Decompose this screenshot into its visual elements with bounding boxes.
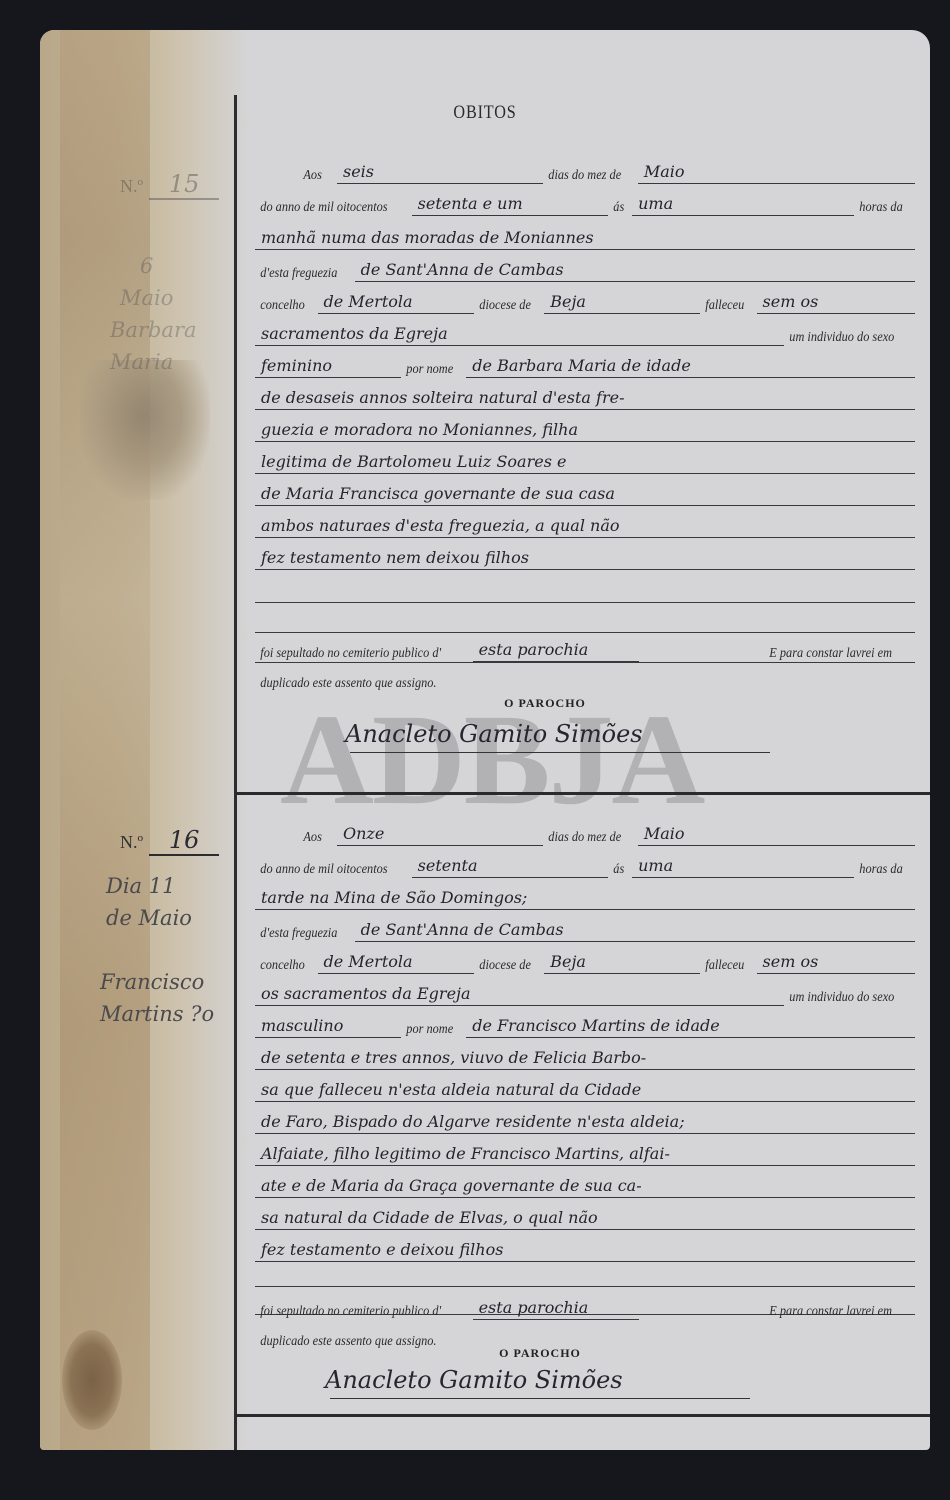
- sex-value: feminino: [255, 355, 401, 378]
- margin-note-15: 6 Maio Barbara Maria: [100, 250, 197, 378]
- line-sacraments: sacramentos da Egreja um individuo do se…: [255, 322, 915, 346]
- label: E para constar lavrei em: [764, 1304, 897, 1320]
- blank-line: [255, 602, 915, 603]
- label: falleceu: [700, 298, 750, 314]
- line-sex-name: feminino por nome de Barbara Maria de id…: [255, 354, 915, 378]
- number-label: N.º: [120, 176, 143, 196]
- body-line: ate e de Maria da Graça governante de su…: [255, 1174, 915, 1198]
- mold-spot: [80, 360, 210, 500]
- page-title: OBITOS: [107, 102, 864, 124]
- line-year: do anno de mil oitocentos setenta ás uma…: [255, 854, 915, 878]
- name-value: de Barbara Maria de idade: [466, 355, 915, 378]
- line-sex-name: masculino por nome de Francisco Martins …: [255, 1014, 915, 1038]
- label: horas da: [854, 200, 908, 216]
- body-text: ambos naturaes d'esta freguezia, a qual …: [255, 515, 915, 538]
- margin-note-line: Maria: [100, 346, 197, 378]
- time-place-value: manhã numa das moradas de Moniannes: [255, 227, 915, 250]
- margin-note-line: Barbara: [100, 314, 197, 346]
- label: do anno de mil oitocentos: [255, 200, 393, 216]
- body-text: legitima de Bartolomeu Luiz Soares e: [255, 451, 915, 474]
- body-text: sa natural da Cidade de Elvas, o qual nã…: [255, 1207, 915, 1230]
- edge-stain: [60, 30, 150, 1450]
- body-text: de setenta e tres annos, viuvo de Felici…: [255, 1047, 915, 1070]
- margin-note-line: Maio: [100, 282, 197, 314]
- label: concelho: [255, 298, 310, 314]
- label: foi sepultado no cemiterio publico d': [255, 1304, 446, 1320]
- body-line: de Maria Francisca governante de sua cas…: [255, 482, 915, 506]
- council-value: de Mertola: [318, 951, 474, 974]
- line-day: Aos seis dias do mez de Maio: [255, 160, 915, 184]
- cemetery-value: esta parochia: [473, 639, 639, 662]
- burn-hole: [62, 1330, 122, 1430]
- margin-note-line: Martins ?o: [100, 998, 214, 1030]
- margin-note-line: de Maio: [100, 902, 214, 934]
- parocho-label: O PAROCHO: [95, 1346, 930, 1361]
- label: por nome: [401, 362, 458, 378]
- label: diocese de: [474, 298, 536, 314]
- day-value: Onze: [337, 823, 543, 846]
- body-text: de desaseis annos solteira natural d'est…: [255, 387, 915, 410]
- month-value: Maio: [638, 161, 915, 184]
- died-with-value: sem os: [757, 951, 915, 974]
- hour-value: uma: [632, 855, 853, 878]
- sacraments-value: sacramentos da Egreja: [255, 323, 784, 346]
- line-parish: d'esta freguezia de Sant'Anna de Cambas: [255, 918, 915, 942]
- line-time-place: tarde na Mina de São Domingos;: [255, 886, 915, 910]
- entry-number-16: N.º16: [120, 826, 219, 856]
- council-value: de Mertola: [318, 291, 474, 314]
- cemetery-value: esta parochia: [473, 1297, 639, 1320]
- body-text: guezia e moradora no Moniannes, filha: [255, 419, 915, 442]
- body-text: fez testamento nem deixou filhos: [255, 547, 915, 570]
- label: Aos: [255, 168, 327, 184]
- died-with-value: sem os: [757, 291, 915, 314]
- label: E para constar lavrei em: [764, 646, 897, 662]
- number-label: N.º: [120, 832, 143, 852]
- time-place-value: tarde na Mina de São Domingos;: [255, 887, 915, 910]
- label: ás: [608, 862, 630, 878]
- body-line: de Faro, Bispado do Algarve residente n'…: [255, 1110, 915, 1134]
- label: concelho: [255, 958, 310, 974]
- body-line: sa que falleceu n'esta aldeia natural da…: [255, 1078, 915, 1102]
- sex-value: masculino: [255, 1015, 401, 1038]
- label: d'esta freguezia: [255, 266, 343, 282]
- hour-value: uma: [632, 193, 853, 216]
- signature-16: Anacleto Gamito Simões: [325, 1366, 623, 1394]
- label: por nome: [401, 1022, 458, 1038]
- line-burial: foi sepultado no cemiterio publico d' es…: [255, 1296, 915, 1320]
- line-time-place: manhã numa das moradas de Moniannes: [255, 226, 915, 250]
- line-day: Aos Onze dias do mez de Maio: [255, 822, 915, 846]
- body-line: fez testamento e deixou filhos: [255, 1238, 915, 1262]
- blank-line: [255, 632, 915, 633]
- body-text: fez testamento e deixou filhos: [255, 1239, 915, 1262]
- margin-rule: [234, 95, 237, 1450]
- label: um individuo do sexo: [784, 330, 900, 346]
- diocese-value: Beja: [544, 951, 700, 974]
- sacraments-value: os sacramentos da Egreja: [255, 983, 784, 1006]
- label: Aos: [255, 830, 327, 846]
- day-value: seis: [337, 161, 543, 184]
- diocese-value: Beja: [544, 291, 700, 314]
- entry-number-15: N.º15: [120, 170, 219, 200]
- line-council: concelho de Mertola diocese de Beja fall…: [255, 290, 915, 314]
- body-text: de Faro, Bispado do Algarve residente n'…: [255, 1111, 915, 1134]
- line-council: concelho de Mertola diocese de Beja fall…: [255, 950, 915, 974]
- label: dias do mez de: [543, 830, 626, 846]
- body-text: de Maria Francisca governante de sua cas…: [255, 483, 915, 506]
- label: um individuo do sexo: [784, 990, 900, 1006]
- margin-note-line: 6: [100, 250, 197, 282]
- entry-separator: [236, 1414, 930, 1417]
- entry-number-value: 16: [149, 826, 219, 856]
- label: do anno de mil oitocentos: [255, 862, 393, 878]
- label: dias do mez de: [543, 168, 626, 184]
- body-line: Alfaiate, filho legitimo de Francisco Ma…: [255, 1142, 915, 1166]
- line-burial: foi sepultado no cemiterio publico d' es…: [255, 638, 915, 662]
- signature-15: Anacleto Gamito Simões: [345, 720, 643, 748]
- signature-rule: [330, 1398, 750, 1399]
- spacer: [100, 934, 214, 966]
- line-year: do anno de mil oitocentos setenta e um á…: [255, 192, 915, 216]
- body-line: legitima de Bartolomeu Luiz Soares e: [255, 450, 915, 474]
- body-line: fez testamento nem deixou filhos: [255, 546, 915, 570]
- label: ás: [608, 200, 630, 216]
- entry-number-value: 15: [149, 170, 219, 200]
- blank-line: [255, 1286, 915, 1287]
- entry-separator: [236, 792, 930, 795]
- name-value: de Francisco Martins de idade: [466, 1015, 915, 1038]
- margin-note-line: Dia 11: [100, 870, 214, 902]
- month-value: Maio: [638, 823, 915, 846]
- label: horas da: [854, 862, 908, 878]
- blank-line: [255, 662, 915, 663]
- body-line: ambos naturaes d'esta freguezia, a qual …: [255, 514, 915, 538]
- body-text: ate e de Maria da Graça governante de su…: [255, 1175, 915, 1198]
- body-line: sa natural da Cidade de Elvas, o qual nã…: [255, 1206, 915, 1230]
- margin-note-16: Dia 11 de Maio Francisco Martins ?o: [100, 870, 214, 1030]
- line-parish: d'esta freguezia de Sant'Anna de Cambas: [255, 258, 915, 282]
- margin-note-line: Francisco: [100, 966, 214, 998]
- parish-value: de Sant'Anna de Cambas: [355, 259, 915, 282]
- body-line: de desaseis annos solteira natural d'est…: [255, 386, 915, 410]
- label: falleceu: [700, 958, 750, 974]
- register-page: OBITOS N.º15 6 Maio Barbara Maria Aos se…: [40, 30, 930, 1450]
- label: d'esta freguezia: [255, 926, 343, 942]
- signature-rule: [350, 752, 770, 753]
- body-line: de setenta e tres annos, viuvo de Felici…: [255, 1046, 915, 1070]
- body-text: sa que falleceu n'esta aldeia natural da…: [255, 1079, 915, 1102]
- parish-value: de Sant'Anna de Cambas: [355, 919, 915, 942]
- watermark: ADBJA: [280, 685, 703, 835]
- label: foi sepultado no cemiterio publico d': [255, 646, 446, 662]
- body-line: guezia e moradora no Moniannes, filha: [255, 418, 915, 442]
- year-value: setenta e um: [412, 193, 608, 216]
- line-sacraments: os sacramentos da Egreja um individuo do…: [255, 982, 915, 1006]
- label: diocese de: [474, 958, 536, 974]
- body-text: Alfaiate, filho legitimo de Francisco Ma…: [255, 1143, 915, 1166]
- year-value: setenta: [412, 855, 608, 878]
